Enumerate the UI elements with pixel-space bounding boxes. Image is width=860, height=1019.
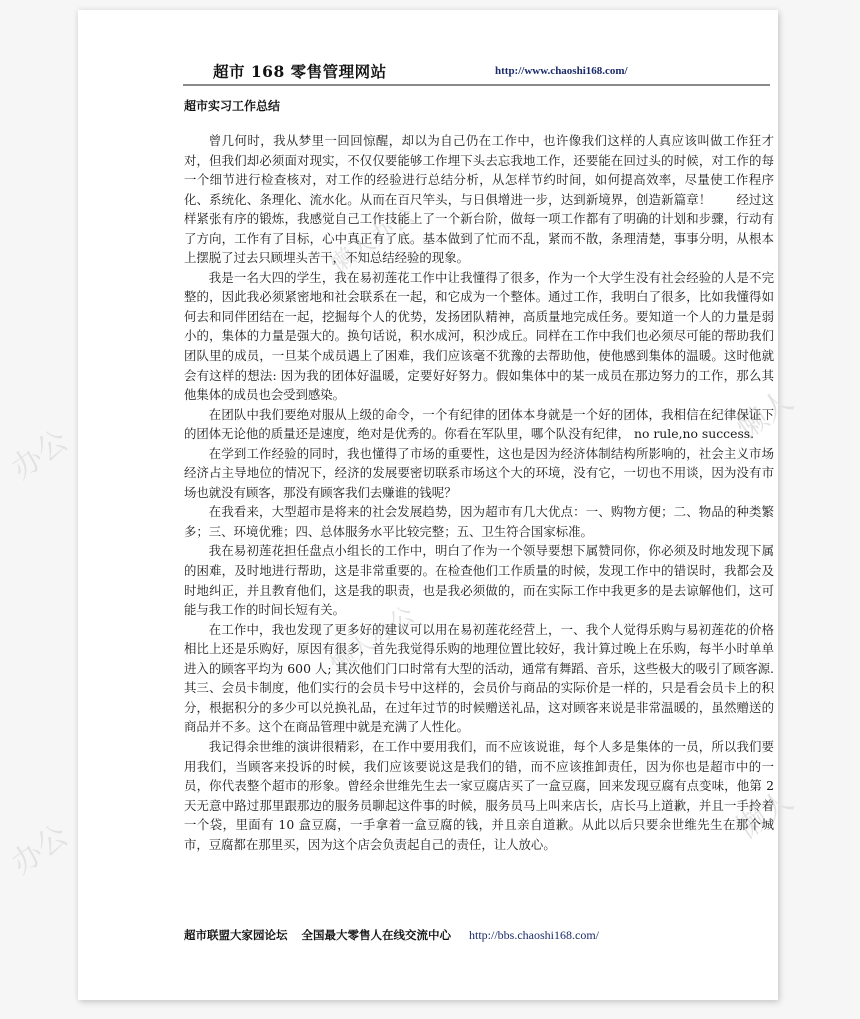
document-body: 曾几何时，我从梦里一回回惊醒，却以为自己仍在工作中，也许像我们这样的人真应该叫做… (184, 131, 774, 854)
watermark-left-bottom: 办公 (1, 812, 75, 882)
site-url-link[interactable]: http://www.chaoshi168.com/ (495, 65, 628, 77)
forum-url-link[interactable]: http://bbs.chaoshi168.com/ (469, 928, 599, 942)
paragraph: 我记得余世维的演讲很精彩，在工作中要用我们，而不应该说谁，每个人多是集体的一员，… (184, 737, 774, 854)
forum-name: 超市联盟大家园论坛 (184, 928, 288, 942)
watermark-left-top: 办公 (1, 417, 75, 487)
document-page: 办公 懒人 办公 懒人 懒人办公 懒人办公 超市 168 零售管理网站 http… (78, 10, 778, 1000)
paragraph: 我是一名大四的学生，我在易初莲花工作中让我懂得了很多，作为一个大学生没有社会经验… (184, 268, 774, 405)
paragraph: 我在易初莲花担任盘点小组长的工作中，明白了作为一个领导要想下属赞同你，你必须及时… (184, 541, 774, 619)
paragraph: 在团队中我们要绝对服从上级的命令，一个有纪律的团体本身就是一个好的团体，我相信在… (184, 405, 774, 444)
paragraph: 在工作中，我也发现了更多好的建议可以用在易初莲花经营上，一、我个人觉得乐购与易初… (184, 620, 774, 737)
page-header: 超市 168 零售管理网站 http://www.chaoshi168.com/ (183, 58, 770, 86)
paragraph: 在学到工作经验的同时，我也懂得了市场的重要性，这也是因为经济体制结构所影响的，社… (184, 444, 774, 503)
document-title: 超市实习工作总结 (184, 97, 280, 114)
paragraph: 在我看来，大型超市是将来的社会发展趋势，因为超市有几大优点：一、购物方便；二、物… (184, 502, 774, 541)
page-footer: 超市联盟大家园论坛全国最大零售人在线交流中心http://bbs.chaoshi… (184, 927, 599, 943)
paragraph: 曾几何时，我从梦里一回回惊醒，却以为自己仍在工作中，也许像我们这样的人真应该叫做… (184, 131, 774, 268)
forum-slogan: 全国最大零售人在线交流中心 (302, 928, 452, 942)
site-title: 超市 168 零售管理网站 (213, 60, 387, 82)
